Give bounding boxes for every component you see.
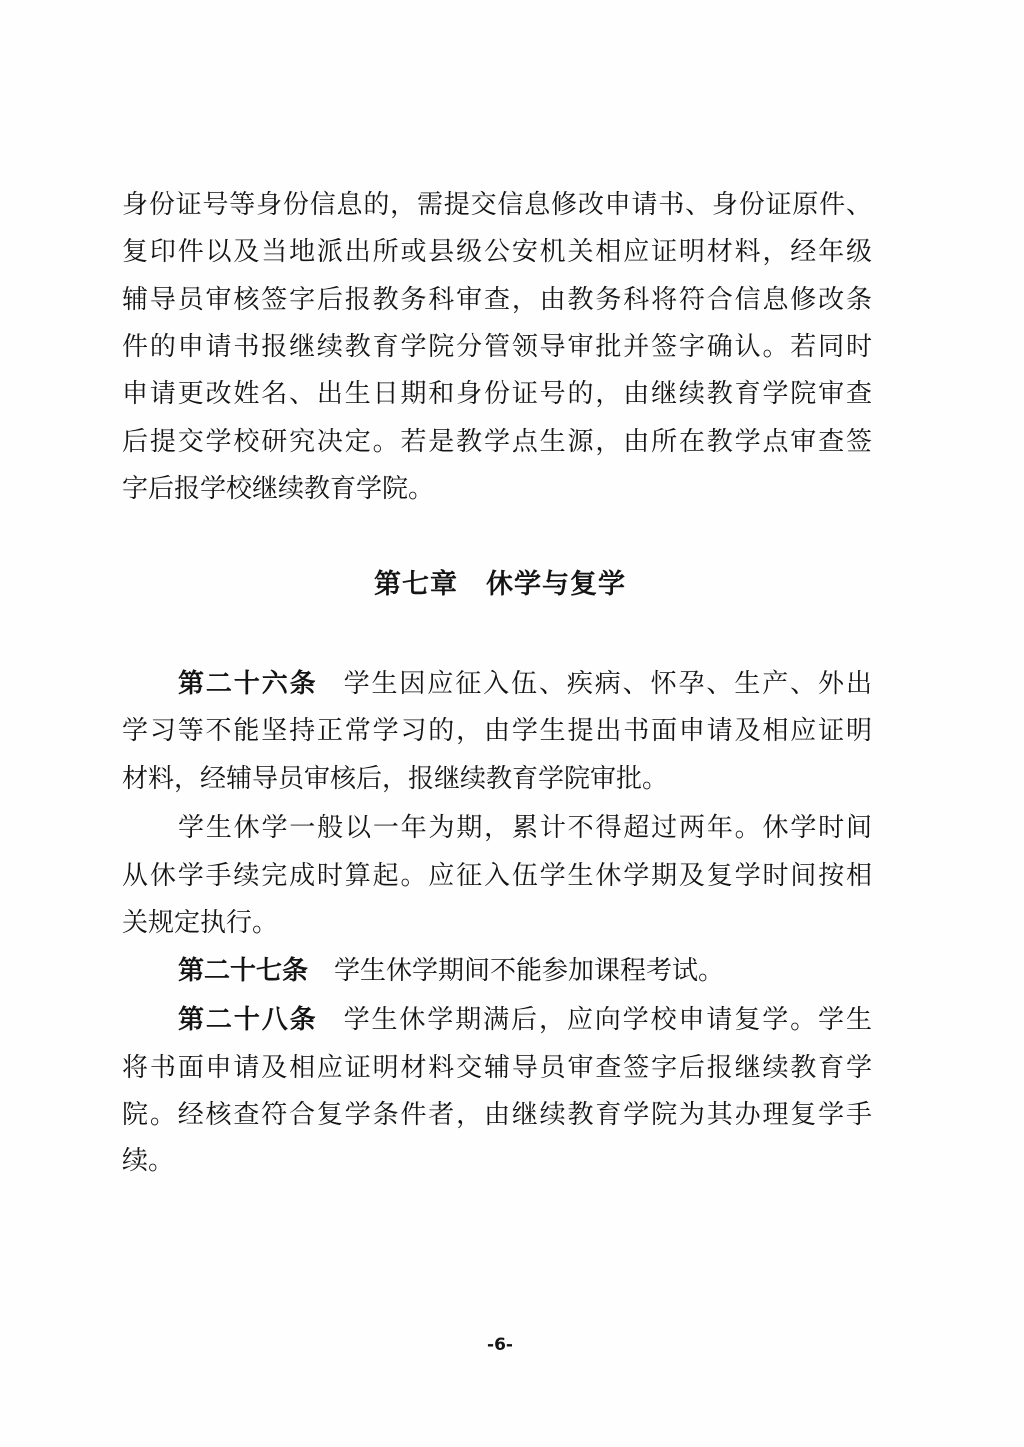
article-text: 学生休学期满后，应向学校申请复学。学生 [344,1005,872,1035]
chapter-number: 第七章 [374,569,458,600]
article-label: 第二十八条 [178,1005,318,1035]
text-line: 申请更改姓名、出生日期和身份证号的，由继续教育学院审查 [122,376,872,412]
chapter-heading: 第七章休学与复学 [0,566,1000,604]
text-line: 字后报学校继续教育学院。 [122,471,872,507]
chapter-title: 休学与复学 [486,569,626,600]
text-line: 从休学手续完成时算起。应征入伍学生休学期及复学时间按相 [122,858,872,894]
article-first-line: 第二十六条学生因应征入伍、疾病、怀孕、生产、外出 [178,666,872,702]
text-line: 续。 [122,1143,872,1179]
text-line: 复印件以及当地派出所或县级公安机关相应证明材料，经年级 [122,234,872,270]
document-page: 身份证号等身份信息的，需提交信息修改申请书、身份证原件、 复印件以及当地派出所或… [0,0,1024,1447]
text-line: 辅导员审核签字后报教务科审查，由教务科将符合信息修改条 [122,282,872,318]
text-line: 院。经核查符合复学条件者，由继续教育学院为其办理复学手 [122,1097,872,1133]
text-line: 件的申请书报继续教育学院分管领导审批并签字确认。若同时 [122,329,872,365]
article-text: 学生休学期间不能参加课程考试。 [334,956,724,986]
article-first-line: 第二十七条学生休学期间不能参加课程考试。 [178,953,872,989]
text-line: 后提交学校研究决定。若是教学点生源，由所在教学点审查签 [122,424,872,460]
text-line: 将书面申请及相应证明材料交辅导员审查签字后报继续教育学 [122,1050,872,1086]
article-text: 学生因应征入伍、疾病、怀孕、生产、外出 [344,669,872,699]
article-first-line: 第二十八条学生休学期满后，应向学校申请复学。学生 [178,1002,872,1038]
article-label: 第二十七条 [178,956,308,986]
text-line: 学生休学一般以一年为期，累计不得超过两年。休学时间 [178,810,872,846]
page-number: -6- [0,1333,1000,1357]
text-line: 材料，经辅导员审核后，报继续教育学院审批。 [122,761,872,797]
text-line: 关规定执行。 [122,905,872,941]
article-label: 第二十六条 [178,669,318,699]
text-line: 学习等不能坚持正常学习的，由学生提出书面申请及相应证明 [122,713,872,749]
text-line: 身份证号等身份信息的，需提交信息修改申请书、身份证原件、 [122,187,872,223]
